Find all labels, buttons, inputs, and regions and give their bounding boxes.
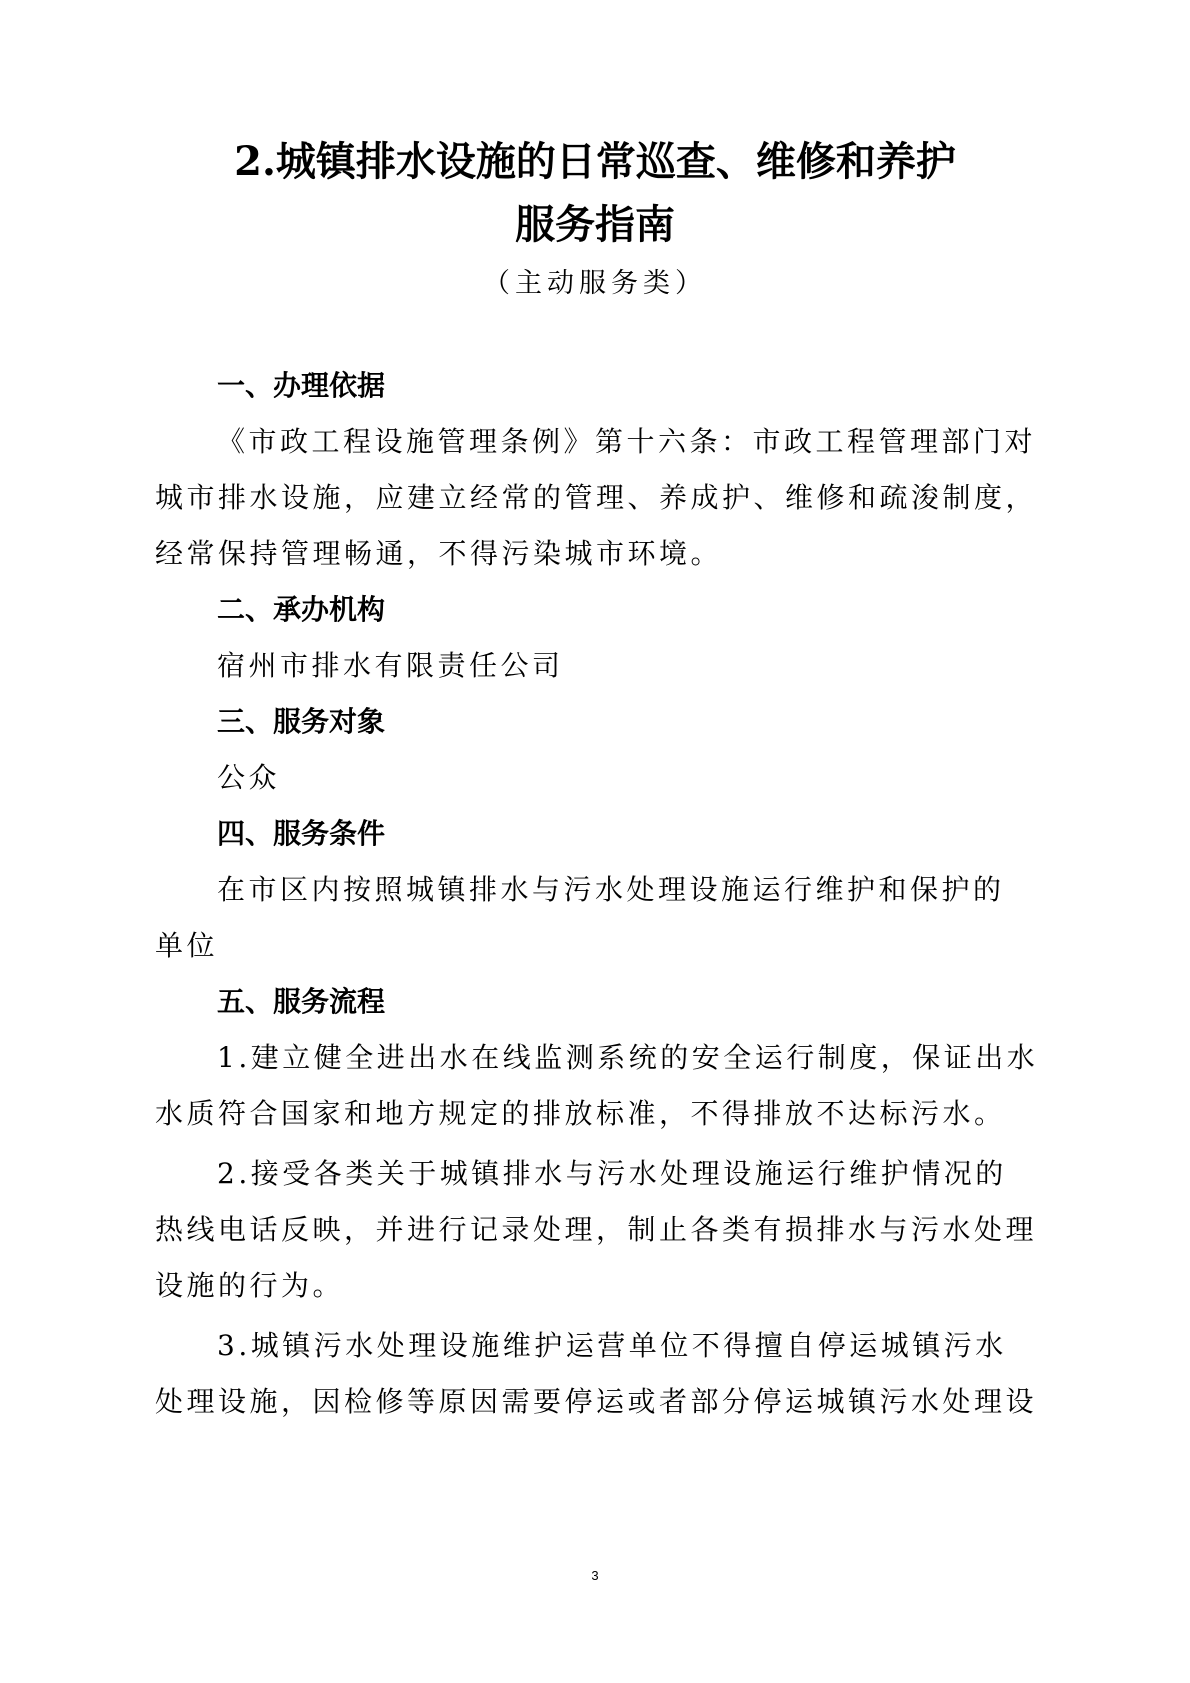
document-title-line2: 服务指南	[0, 205, 1190, 245]
paragraph-line: 3.城镇污水处理设施维护运营单位不得擅自停运城镇污水	[217, 1332, 1097, 1360]
paragraph-line: 处理设施，因检修等原因需要停运或者部分停运城镇污水处理设	[155, 1388, 1035, 1416]
section-heading-target: 三、服务对象	[217, 708, 385, 736]
page-number: 3	[0, 1568, 1190, 1583]
paragraph-line: 公众	[217, 764, 1097, 792]
section-heading-basis: 一、办理依据	[217, 372, 385, 400]
paragraph-line: 宿州市排水有限责任公司	[217, 652, 1097, 680]
paragraph-line: 经常保持管理畅通，不得污染城市环境。	[155, 540, 1035, 568]
paragraph-line: 热线电话反映，并进行记录处理，制止各类有损排水与污水处理	[155, 1216, 1035, 1244]
paragraph-line: 《市政工程设施管理条例》第十六条：市政工程管理部门对	[217, 428, 1097, 456]
paragraph-line: 2.接受各类关于城镇排水与污水处理设施运行维护情况的	[217, 1160, 1097, 1188]
paragraph-line: 在市区内按照城镇排水与污水处理设施运行维护和保护的	[217, 876, 1097, 904]
paragraph-line: 单位	[155, 932, 1035, 960]
paragraph-line: 1.建立健全进出水在线监测系统的安全运行制度，保证出水	[217, 1044, 1097, 1072]
section-heading-agency: 二、承办机构	[217, 596, 385, 624]
document-subtitle: （主动服务类）	[0, 270, 1190, 297]
paragraph-line: 设施的行为。	[155, 1272, 1035, 1300]
paragraph-line: 水质符合国家和地方规定的排放标准，不得排放不达标污水。	[155, 1100, 1035, 1128]
document-title-line1: 2.城镇排水设施的日常巡查、维修和养护	[0, 142, 1190, 182]
paragraph-line: 城市排水设施，应建立经常的管理、养成护、维修和疏浚制度，	[155, 484, 1035, 512]
section-heading-conditions: 四、服务条件	[217, 820, 385, 848]
section-heading-process: 五、服务流程	[217, 988, 385, 1016]
document-page: 2.城镇排水设施的日常巡查、维修和养护 服务指南 （主动服务类） 一、办理依据 …	[0, 0, 1190, 1683]
